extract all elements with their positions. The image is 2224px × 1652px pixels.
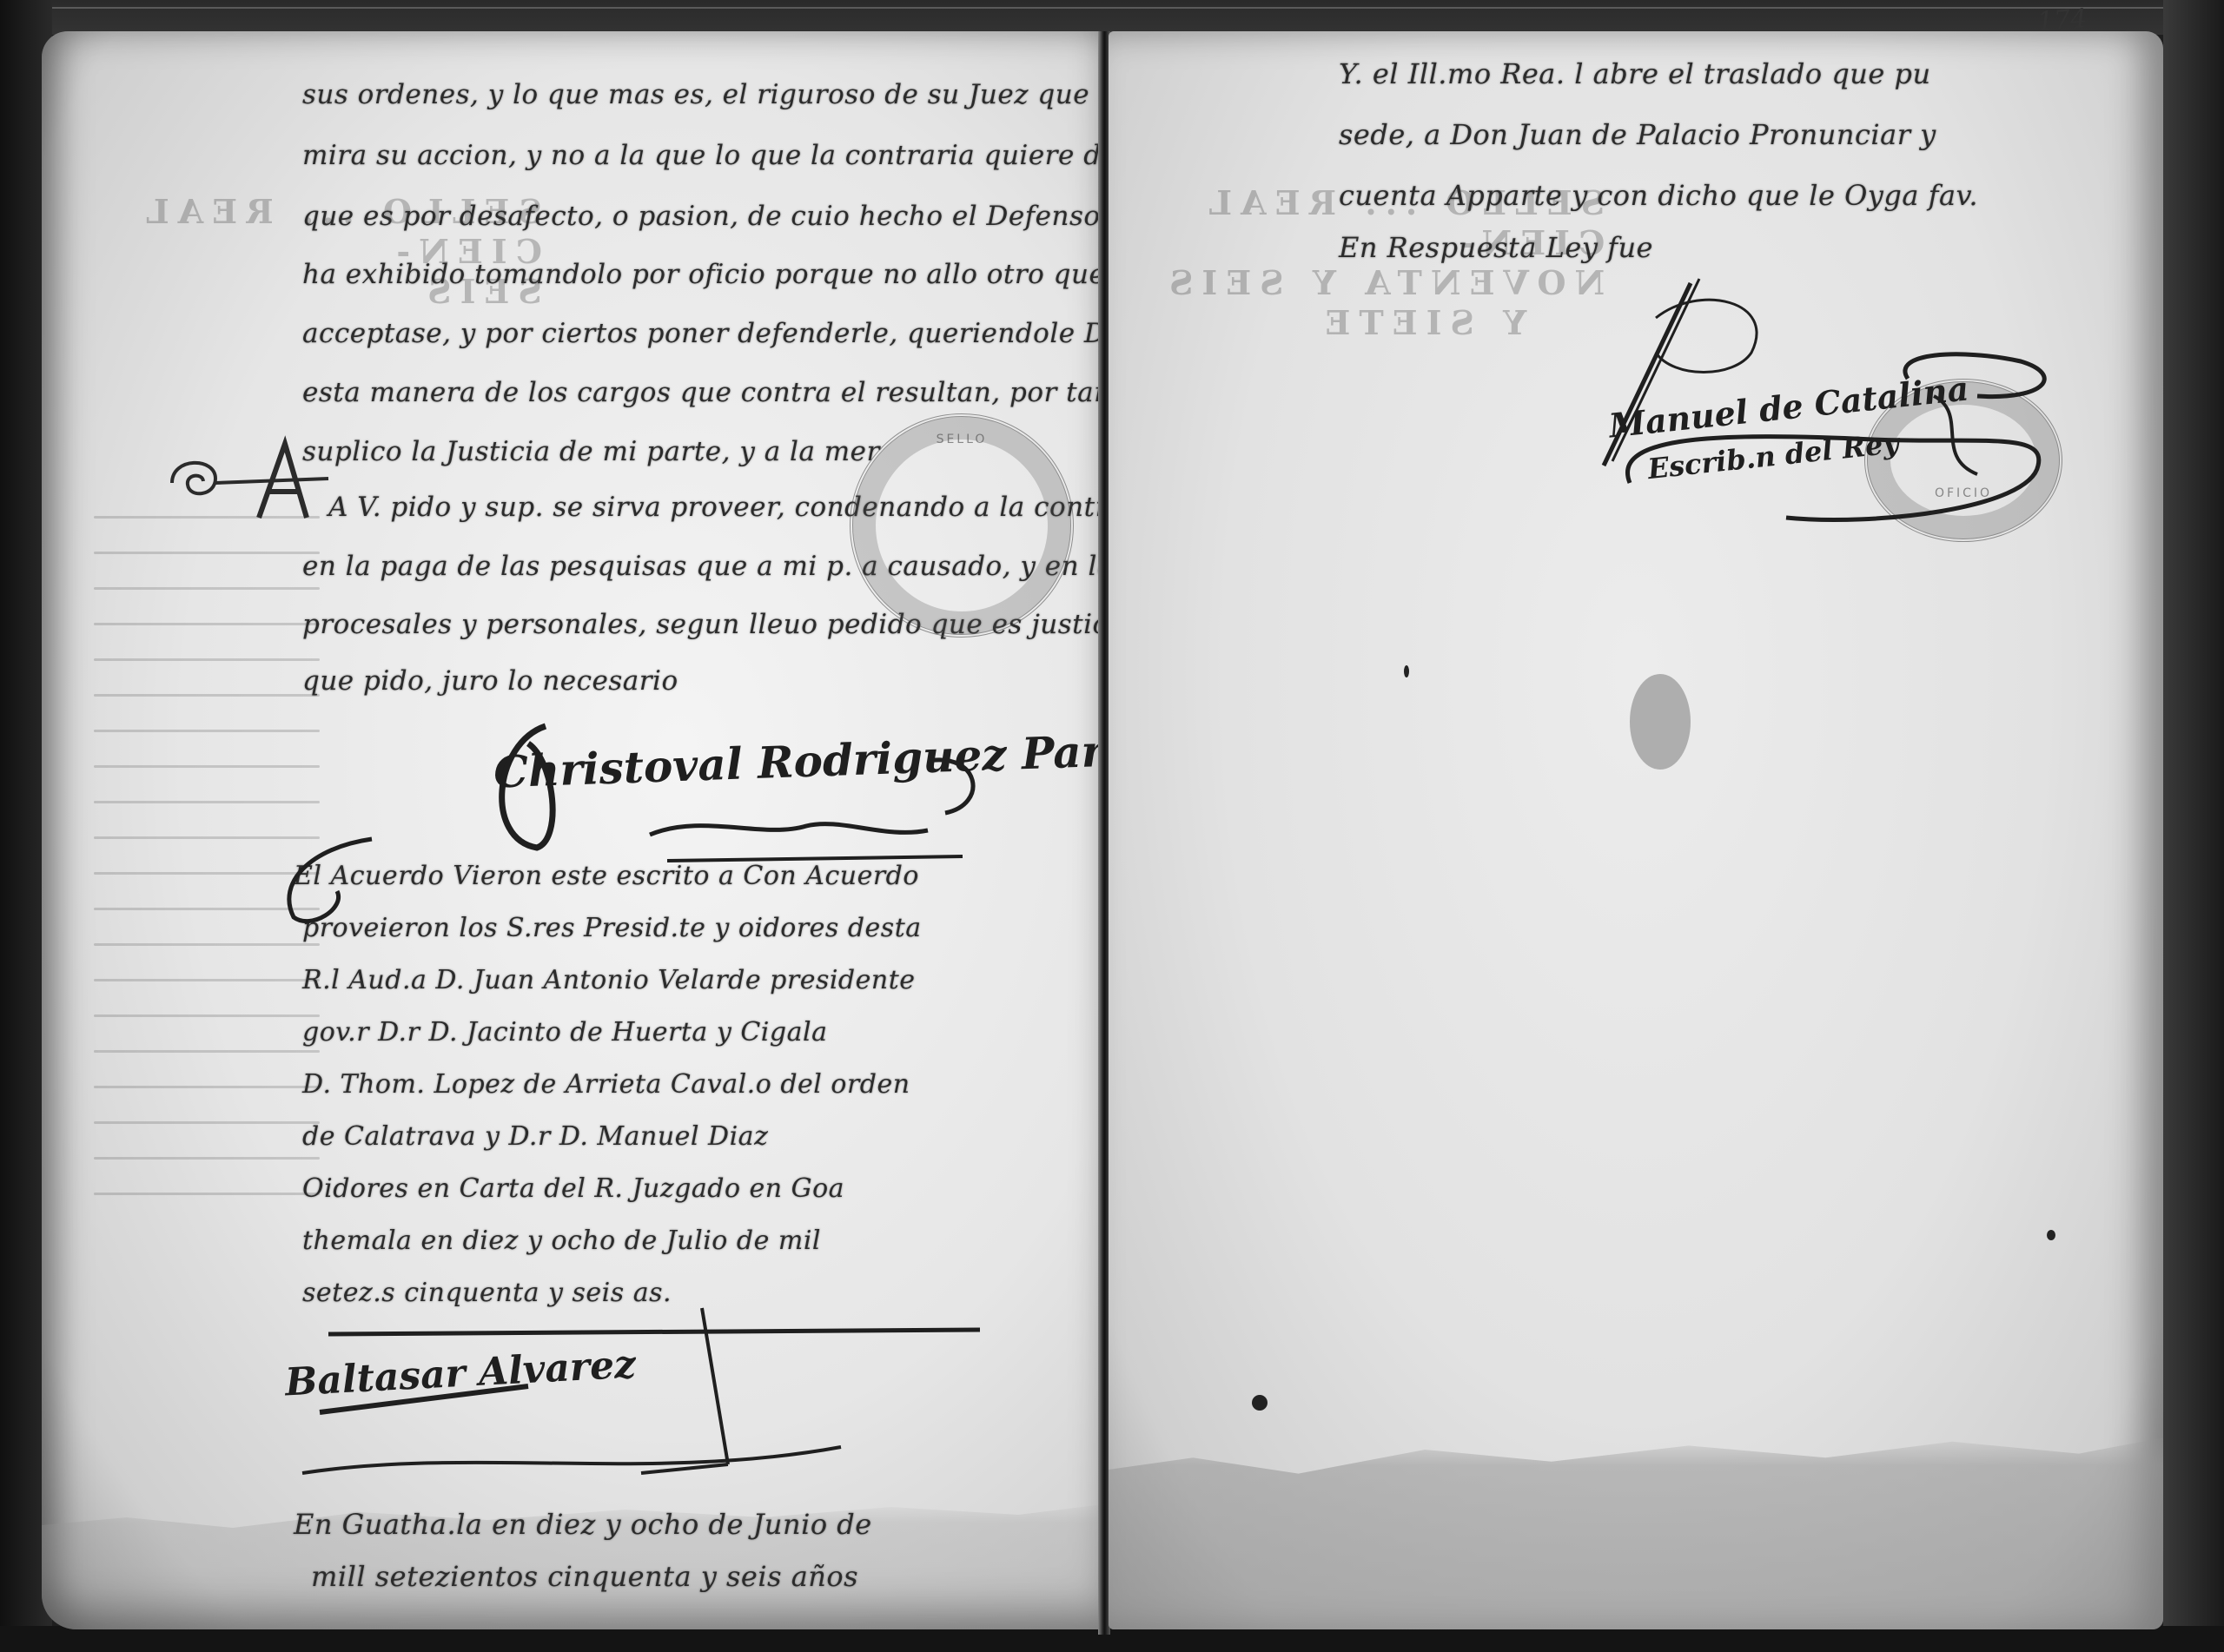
film-right-border [2163,0,2224,1652]
decree-line: gov.r D.r D. Jacinto de Huerta y Cigala [302,1017,827,1047]
film-top-border [0,0,2224,35]
ink-spot [1252,1395,1268,1411]
decree-line: de Calatrava y D.r D. Manuel Diaz [302,1121,768,1152]
body-line: ha exhibido tomandolo por oficio porque … [302,259,1103,290]
body-line: que pido, juro lo necesario [302,665,678,697]
body-line: suplico la Justicia de mi parte, y a la … [302,436,880,467]
closing-line: En Guatha.la en diez y ocho de Junio de [294,1508,872,1541]
water-stain [1109,1430,2163,1629]
left-page: SELLO ... REAL CIEN- SEIS sus ordenes, y… [42,31,1103,1629]
body-line: esta manera de los cargos que contra el … [302,377,1103,408]
decree-line: R.l Aud.a D. Juan Antonio Velarde presid… [302,965,916,995]
body-line: Y. el Ill.mo Rea. l abre el traslado que… [1339,57,1931,90]
body-line: acceptase, y por ciertos poner defenderl… [302,318,1103,349]
ink-spot [2047,1230,2055,1240]
body-line: mira su accion, y no a la que lo que la … [302,140,1103,171]
right-page: SELLO ... REAL CIEN- NOVENTA Y SEIS Y SI… [1109,31,2163,1629]
decree-line: themala en diez y ocho de Julio de mil [302,1226,821,1256]
marginal-flourish-icon [155,431,346,535]
decree-line: D. Thom. Lopez de Arrieta Caval.o del or… [302,1069,910,1100]
body-line: sede, a Don Juan de Palacio Pronunciar y [1339,118,1936,151]
closing-line: mill setezientos cinquenta y seis años [311,1560,858,1593]
body-line: En Respuesta Ley fue [1339,231,1653,264]
body-line: que es por desafecto, o pasion, de cuio … [302,201,1103,232]
body-line: cuenta Apparte y con dicho que le Oyga f… [1339,179,1978,212]
ink-spot [1404,665,1409,677]
ink-seal: SELLO [850,413,1074,638]
decree-line: Oidores en Carta del R. Juzgado en Goa [302,1173,844,1204]
seal-label: SELLO [853,433,1070,446]
signature-rubric-icon [476,709,1015,882]
ink-smudge [1630,674,1691,770]
film-bottom-border [0,1626,2224,1652]
decree-rubric-icon [242,830,415,935]
body-line: sus ordenes, y lo que mas es, el riguros… [302,79,1103,110]
